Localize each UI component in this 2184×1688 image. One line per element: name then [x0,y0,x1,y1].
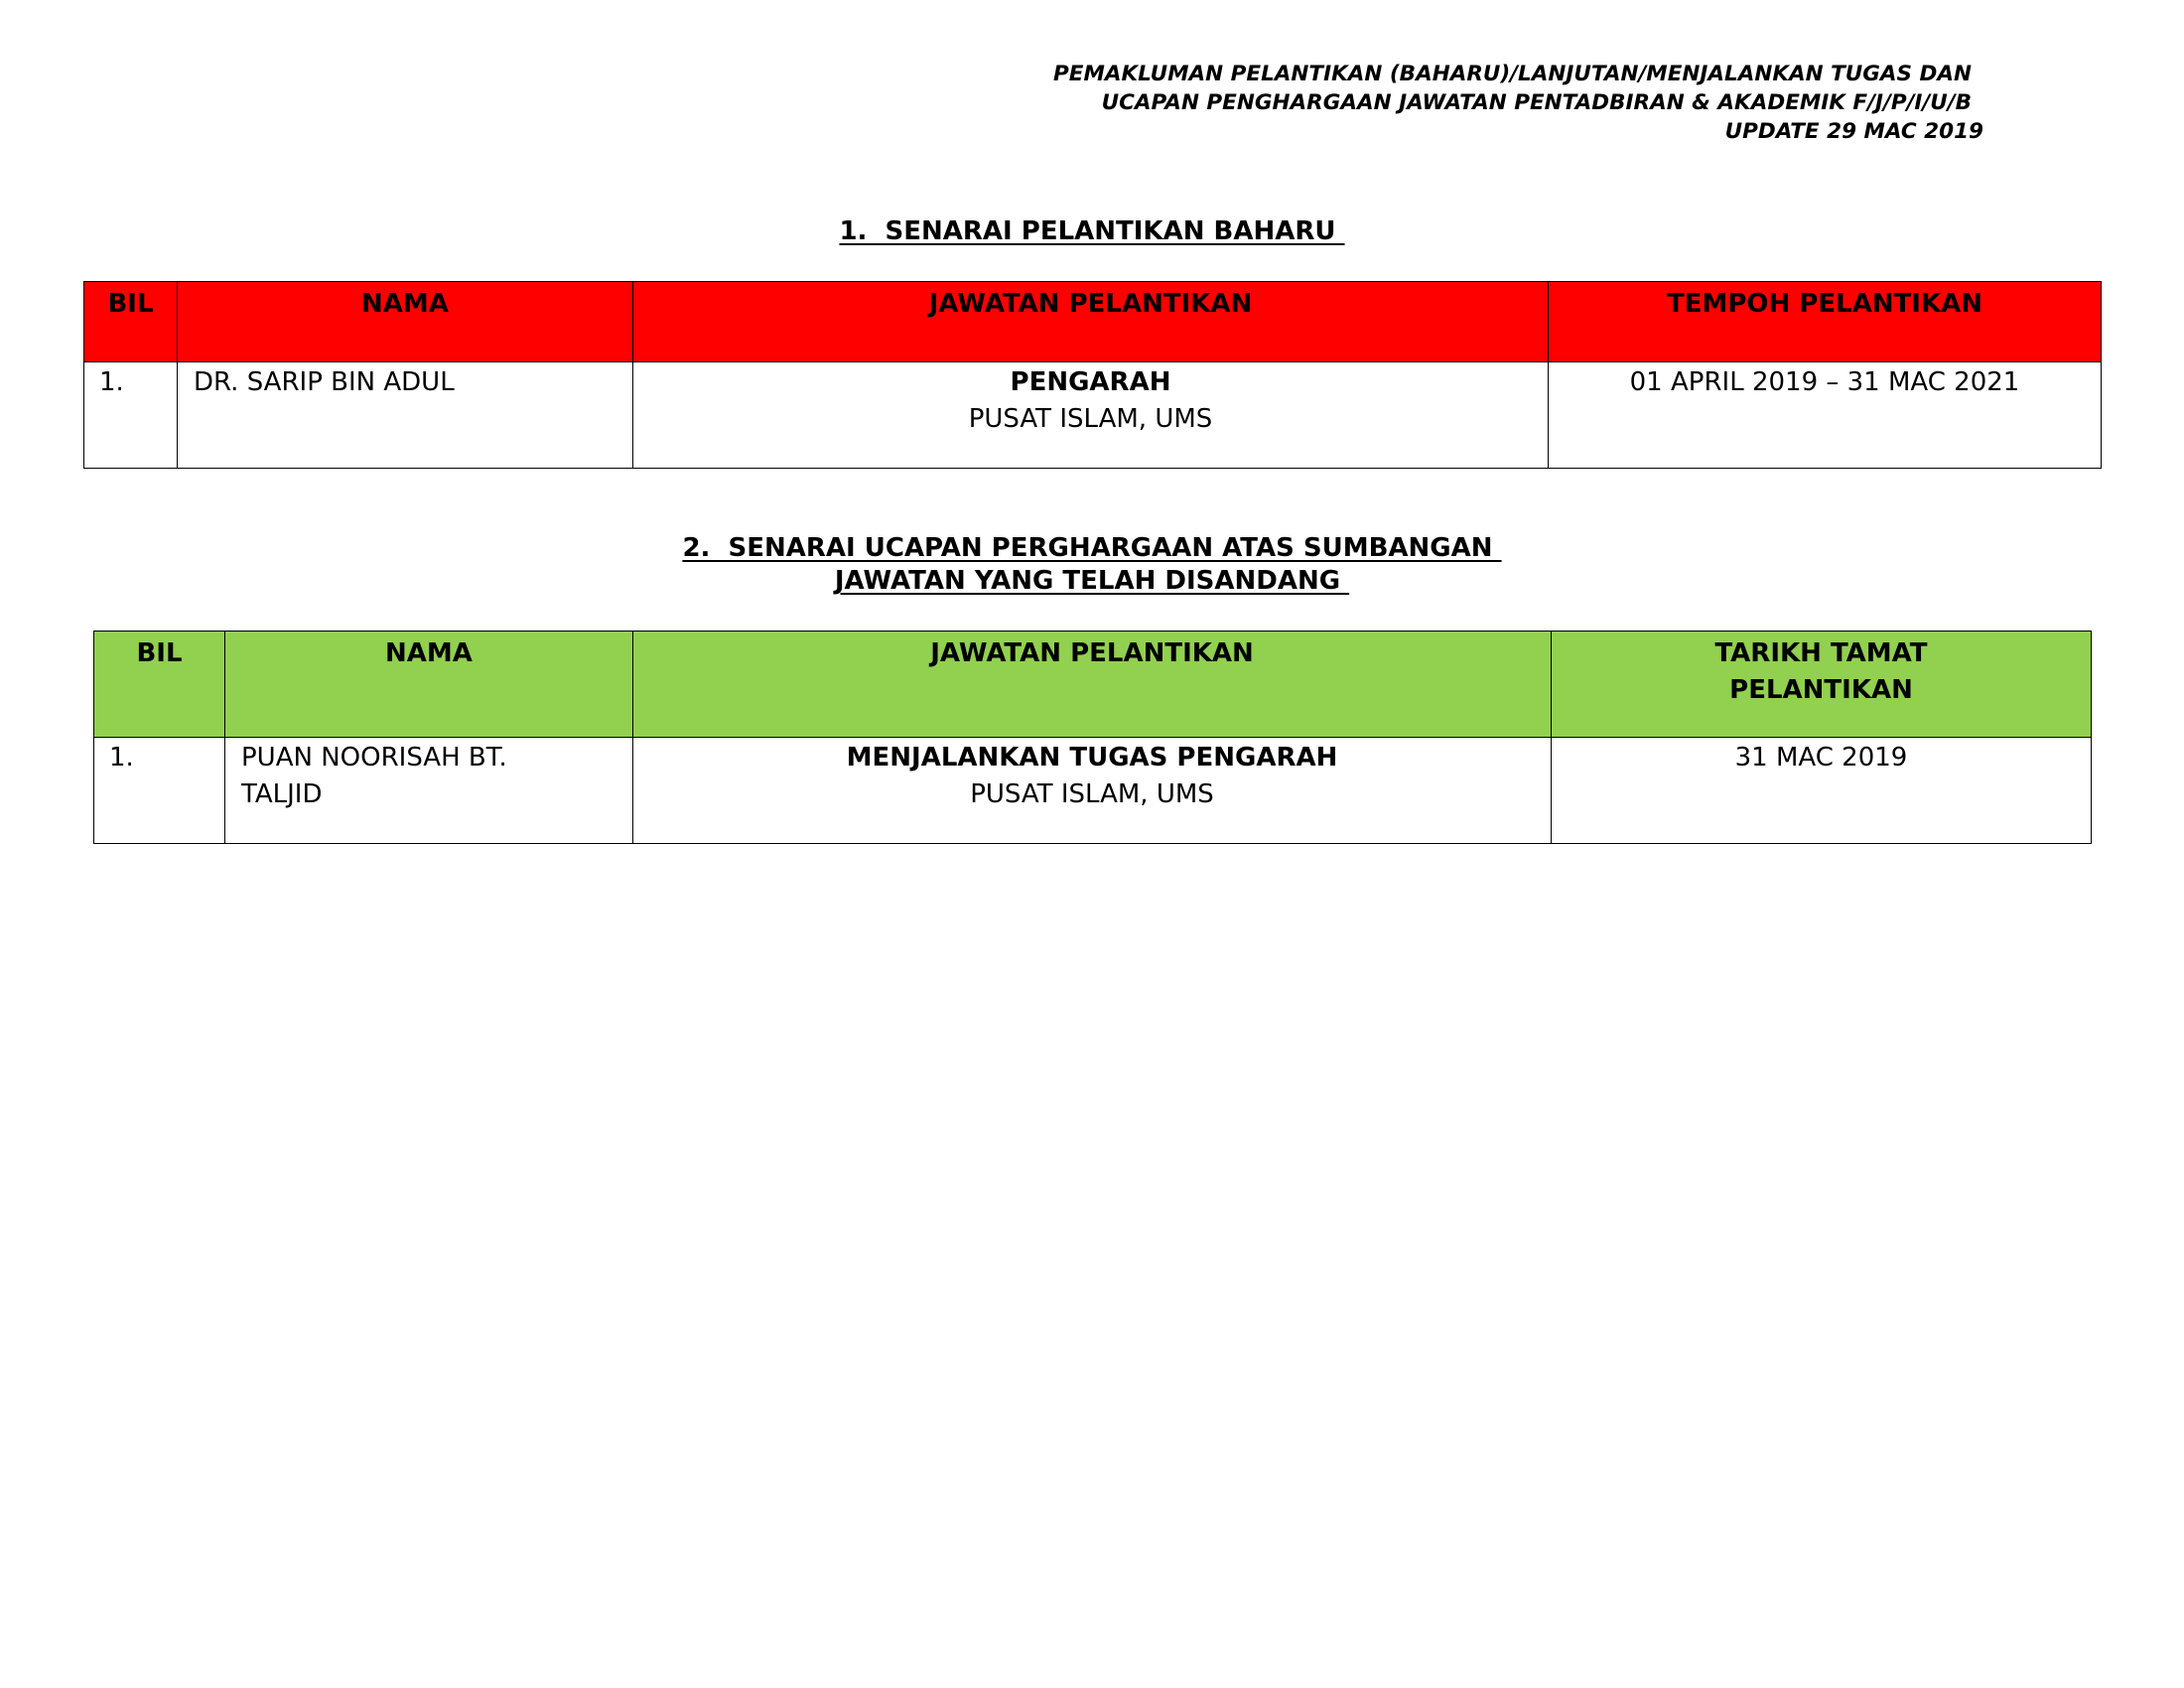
cell-jawatan: PENGARAH PUSAT ISLAM, UMS [633,362,1549,469]
table-header-row: BIL NAMA JAWATAN PELANTIKAN TEMPOH PELAN… [84,282,2102,362]
document-header: PEMAKLUMAN PELANTIKAN (BAHARU)/LANJUTAN/… [893,60,1983,146]
position-unit: PUSAT ISLAM, UMS [633,776,1551,813]
cell-bil: 1. [84,362,178,469]
cell-nama: PUAN NOORISAH BT. TALJID [225,738,633,844]
new-appointments-table: BIL NAMA JAWATAN PELANTIKAN TEMPOH PELAN… [83,281,2102,469]
name-line-1: PUAN NOORISAH BT. [241,740,632,776]
position-title: MENJALANKAN TUGAS PENGARAH [633,740,1551,776]
table-header-row: BIL NAMA JAWATAN PELANTIKAN TARIKH TAMAT… [94,632,2092,738]
cell-tempoh: 01 APRIL 2019 – 31 MAC 2021 [1549,362,2102,469]
col-header-bil: BIL [84,282,178,362]
col-header-bil: BIL [94,632,225,738]
cell-bil: 1. [94,738,225,844]
section-2-title-line-1: 2. SENARAI UCAPAN PERGHARGAAN ATAS SUMBA… [682,533,1501,563]
col-header-tempoh: TEMPOH PELANTIKAN [1549,282,2102,362]
position-unit: PUSAT ISLAM, UMS [633,401,1548,438]
position-title: PENGARAH [633,364,1548,401]
cell-nama: DR. SARIP BIN ADUL [178,362,633,469]
header-line-1: PEMAKLUMAN PELANTIKAN (BAHARU)/LANJUTAN/… [893,60,1983,88]
name-line-2: TALJID [241,776,632,813]
table-row: 1. DR. SARIP BIN ADUL PENGARAH PUSAT ISL… [84,362,2102,469]
cell-tarikh-tamat: 31 MAC 2019 [1552,738,2092,844]
cell-jawatan: MENJALANKAN TUGAS PENGARAH PUSAT ISLAM, … [633,738,1552,844]
col-header-nama: NAMA [225,632,633,738]
section-2-title-line-2: JAWATAN YANG TELAH DISANDANG [835,566,1349,596]
section-1-title: 1. SENARAI PELANTIKAN BAHARU [0,215,2184,248]
header-update-date: UPDATE 29 MAC 2019 [893,117,1983,146]
section-2-title: 2. SENARAI UCAPAN PERGHARGAAN ATAS SUMBA… [0,532,2184,598]
section-1-title-text: 1. SENARAI PELANTIKAN BAHARU [839,216,1344,246]
col-header-jawatan: JAWATAN PELANTIKAN [633,632,1552,738]
col-header-tarikh-line-1: TARIKH TAMAT [1552,635,2091,672]
col-header-tarikh-tamat: TARIKH TAMAT PELANTIKAN [1552,632,2092,738]
col-header-tarikh-line-2: PELANTIKAN [1552,672,2091,709]
col-header-nama: NAMA [178,282,633,362]
header-line-2: UCAPAN PENGHARGAAN JAWATAN PENTADBIRAN &… [893,88,1983,117]
col-header-jawatan: JAWATAN PELANTIKAN [633,282,1549,362]
appreciation-table: BIL NAMA JAWATAN PELANTIKAN TARIKH TAMAT… [93,631,2092,844]
table-row: 1. PUAN NOORISAH BT. TALJID MENJALANKAN … [94,738,2092,844]
